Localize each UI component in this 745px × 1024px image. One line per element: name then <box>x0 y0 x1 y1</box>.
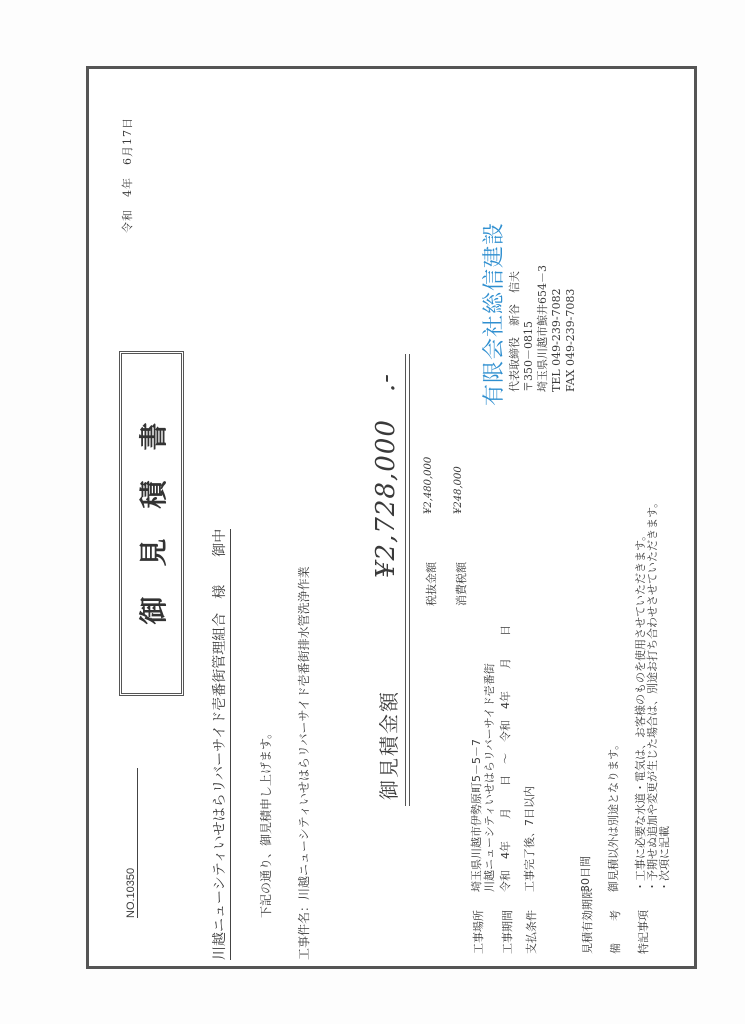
estimate-sheet: NO.10350 令和 4年 6月17日 御見積書 川越ニューシティいせはらリバ… <box>86 66 697 969</box>
company-fax: FAX 049-239-7083 <box>564 222 578 406</box>
term-payment-label: 支払条件 <box>523 892 539 954</box>
intro-text: 下記の通り、御見積申し上げます。 <box>257 727 274 918</box>
term-payment-value: 工事完了後、7日以内 <box>523 786 536 892</box>
recipient: 川越ニューシティいせはらリバーサイド壱番街管理組合様御中 <box>209 529 231 960</box>
term-period-label: 工事期間 <box>499 892 515 954</box>
subtotal-value: ¥2,480,000 <box>423 457 434 514</box>
company-name: 有限会社総信建設 <box>477 222 508 406</box>
term-special: 特記事項・工事に必要な水道・電気は、お客様のものを使用させていただきます。・予期… <box>635 497 671 954</box>
term-period: 工事期間令和 4年 月 日 ～ 令和 4年 月 日 <box>499 625 515 954</box>
term-site-line: 川越ニューシティいせはらリバーサイド壱番街 <box>483 663 496 892</box>
term-payment: 支払条件工事完了後、7日以内 <box>523 786 539 954</box>
subtotal-label: 税抜金額 <box>423 562 439 606</box>
project-name: 工事件名：川越ニューシティいせはらリバーサイド壱番街排水管洗浄作業 <box>295 566 312 960</box>
term-remarks-label: 備 考 <box>607 892 623 954</box>
term-remarks: 備 考御見積以外は別途となります。 <box>607 739 623 954</box>
term-special-value: ・工事に必要な水道・電気は、お客様のものを使用させていただきます。・予期せぬ追加… <box>635 497 671 892</box>
company-address: 埼玉県川越市鯨井654－3 <box>536 222 550 406</box>
term-validity-value: 30日間 <box>579 856 592 892</box>
special-note: ・次項に記載 <box>659 497 671 892</box>
term-period-value: 令和 4年 月 日 ～ 令和 4年 月 日 <box>499 625 512 892</box>
term-site-line: 埼玉県川越市伊勢原町5－5－7 <box>470 663 483 892</box>
company-representative: 代表取締役 新谷 信夫 <box>508 222 522 406</box>
term-remarks-value: 御見積以外は別途となります。 <box>607 739 620 892</box>
document-title: 御見積書 <box>132 393 172 655</box>
project-value: 川越ニューシティいせはらリバーサイド壱番街排水管洗浄作業 <box>297 566 311 900</box>
total-label: 御見積金額 <box>373 690 402 800</box>
company-tel: TEL 049-239-7082 <box>550 222 564 406</box>
recipient-honorific: 様 <box>212 585 228 599</box>
project-label: 工事件名： <box>297 900 311 960</box>
total-amount: ¥2,728,000 .- <box>365 373 402 578</box>
company-postal: 〒350－0815 <box>522 222 536 406</box>
term-validity: 見積有効期限30日間 <box>579 856 595 954</box>
total-underline <box>405 354 410 806</box>
company-block: 有限会社総信建設 代表取締役 新谷 信夫 〒350－0815 埼玉県川越市鯨井6… <box>477 222 578 406</box>
tax-value: ¥248,000 <box>453 466 464 514</box>
term-special-label: 特記事項 <box>635 892 651 954</box>
recipient-name: 川越ニューシティいせはらリバーサイド壱番街管理組合 <box>212 613 228 960</box>
term-validity-label: 見積有効期限 <box>579 892 595 954</box>
issue-date: 令和 4年 6月17日 <box>119 117 135 233</box>
term-site-label: 工事場所 <box>470 892 486 954</box>
document-number: NO.10350 <box>125 768 138 918</box>
term-site: 工事場所埼玉県川越市伊勢原町5－5－7川越ニューシティいせはらリバーサイド壱番街 <box>470 663 496 954</box>
document-title-box: 御見積書 <box>119 351 184 696</box>
tax-label: 消費税額 <box>453 562 469 606</box>
term-site-value: 埼玉県川越市伊勢原町5－5－7川越ニューシティいせはらリバーサイド壱番街 <box>470 663 496 892</box>
recipient-suffix: 御中 <box>212 529 228 557</box>
